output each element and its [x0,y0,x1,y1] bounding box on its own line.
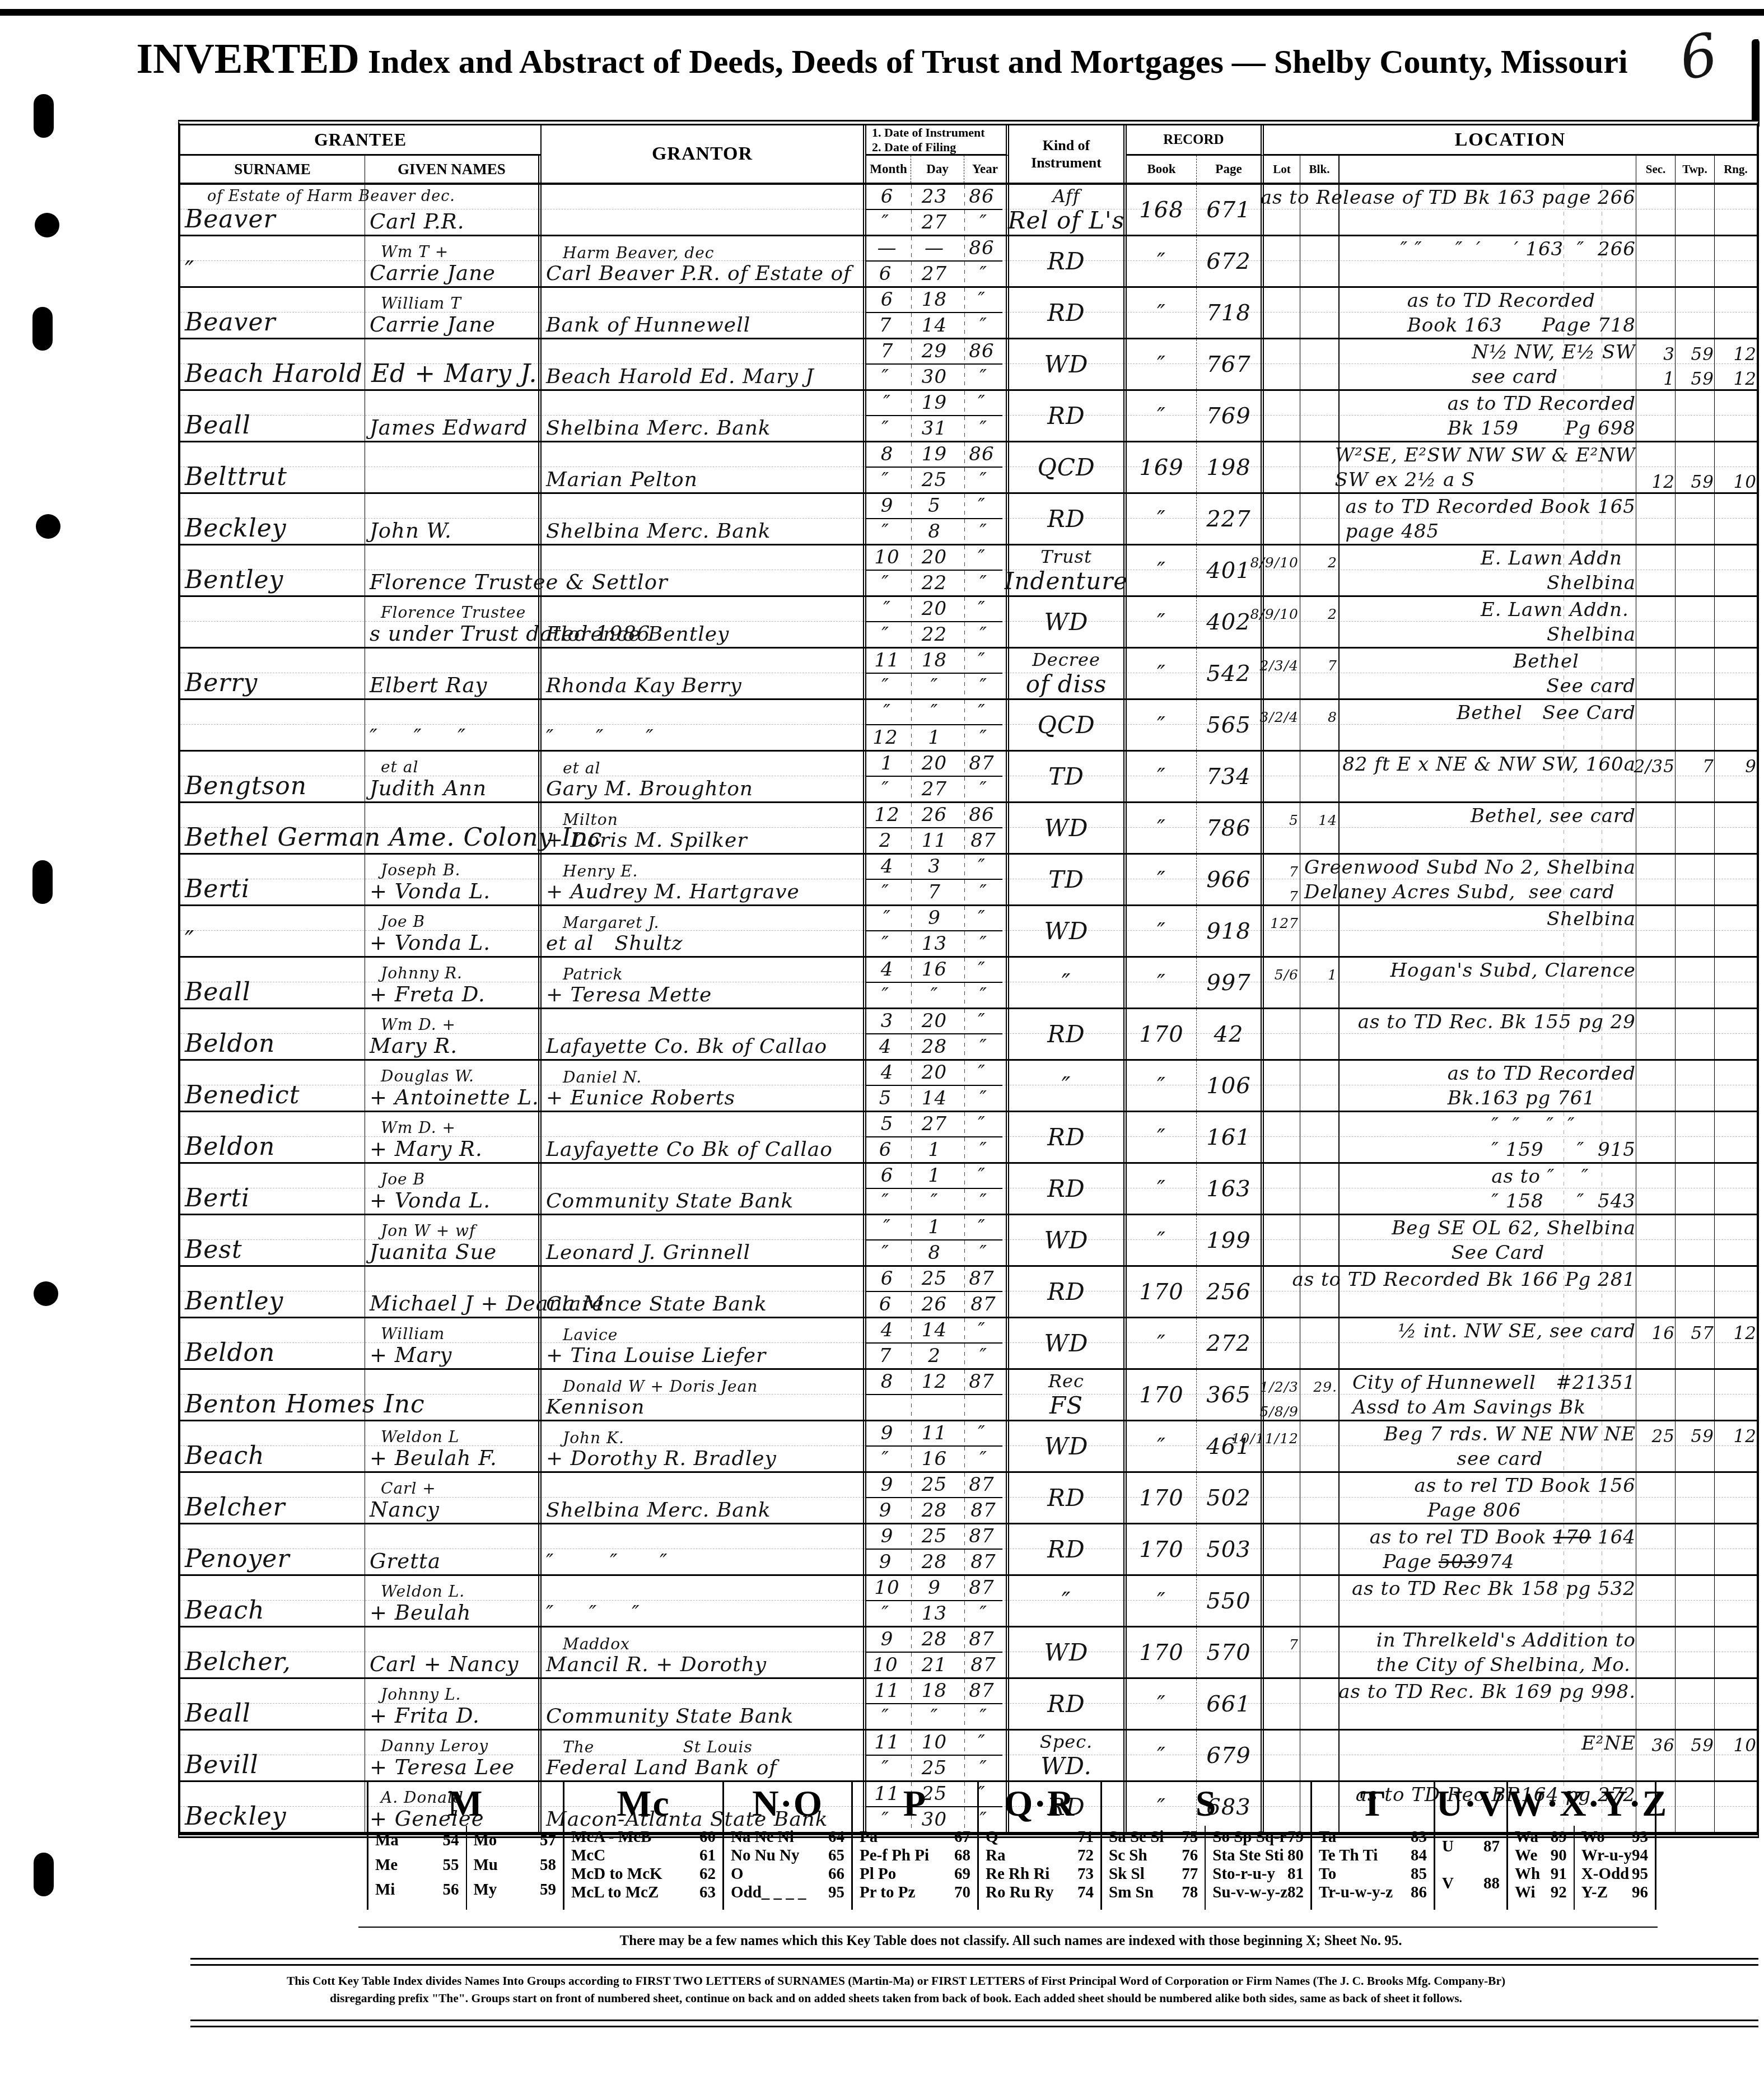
record-book: 170 [1139,1279,1183,1305]
key-item-number: 62 [699,1865,716,1883]
cell-sec [1636,1679,1676,1729]
key-item-label: Sk Sl [1109,1865,1145,1883]
record-page: 767 [1206,352,1250,377]
header-twp: Twp. [1676,156,1715,183]
key-item: To85 [1312,1865,1434,1883]
cell-grantor: John K.+ Dorothy R. Bradley [542,1421,866,1471]
cell-record-book: 170 [1127,1009,1197,1059]
cell-given-names: Jon W + wfJuanita Sue [365,1215,542,1265]
date-part: 6 [881,288,894,311]
kind-upper: Aff [1052,185,1080,207]
cell-record-page: 163 [1197,1164,1264,1214]
cell-dates: 12087″27″ [866,752,1009,801]
date-of-instrument: ″9″ [866,906,1002,931]
given-names: Mary R. [370,1034,536,1058]
key-group-column: Pa67Pe-f Ph Pi68Pl Po69Pr to Pz70 [853,1826,977,1910]
cell-record-book: ″ [1127,1215,1197,1265]
location-line-1: as to TD Rec Bk 158 pg 532 [1352,1576,1636,1601]
cell-record-page: 550 [1197,1576,1264,1626]
key-item-label: Ma [375,1831,399,1850]
key-group-column: Q71Ra72Re Rh Ri73Ro Ru Ry74 [979,1826,1100,1910]
cell-sec [1636,494,1676,544]
key-item-label: Ra [986,1846,1005,1865]
date-part: 8 [881,443,894,465]
date-part: 12 [922,1370,947,1393]
fine-print-line-1: This Cott Key Table Index divides Names … [84,1972,1708,1990]
location-line-1: Bethel [1513,649,1636,674]
grantor: + Teresa Mette [546,983,861,1006]
cell-dates: 414″72″ [866,1318,1009,1368]
given-names-upper: Wm T + [370,242,536,261]
given-names-upper: Johnny L. [370,1685,536,1704]
date-of-instrument: 43″ [866,855,1002,880]
key-item: Ta83 [1312,1828,1434,1846]
cell-surname: Beldon [180,1112,365,1162]
cell-record-page: 161 [1197,1112,1264,1162]
cell-sec-line-2: 12 [1652,472,1675,492]
key-item-number: 54 [443,1831,459,1850]
key-item: Me55 [368,1856,466,1874]
cell-dates: 6258762687 [866,1267,1009,1317]
key-group-title: Mc [564,1782,722,1826]
cell-given-names: Carl P.R. [365,185,542,235]
date-part: ″ [979,520,987,543]
kind-upper: Decree [1032,649,1100,670]
header-rng: Rng. [1715,156,1757,183]
cell-record-book: ″ [1127,1679,1197,1729]
date-part: ″ [978,855,986,878]
key-item-number: 95 [828,1883,844,1902]
date-of-filing: ″30″ [863,365,1006,390]
cell-grantor: Lafayette Co. Bk of Callao [542,1009,866,1059]
record-book: ″ [1157,1434,1166,1459]
key-item-label: Re Rh Ri [986,1865,1049,1883]
cell-rng [1715,958,1757,1008]
record-book: ″ [1157,918,1166,944]
date-part: ″ [881,984,889,1006]
record-page: 718 [1206,300,1250,326]
cell-blk [1300,1112,1340,1162]
key-item: Su-v-w-y-z82 [1206,1883,1310,1902]
cell-dates: ″19″″31″ [866,391,1009,441]
lot-line-1: 8/9/10 [1250,554,1299,571]
date-part: ″ [979,1705,987,1728]
date-part: ″ [881,1705,889,1728]
date-part: 87 [969,1473,994,1496]
date-part: ″ [931,1190,939,1212]
cell-record-page: 565 [1197,700,1264,750]
kind: WD. [1040,1752,1092,1780]
key-item: V88 [1435,1874,1506,1893]
date-of-filing: 62687 [863,1292,1006,1317]
location-text-1: E²NE [1581,1732,1636,1755]
cell-lot [1264,1164,1300,1214]
date-part: 28 [922,1628,947,1650]
cell-sec [1636,906,1676,956]
cell-lot: 2/3/4 [1264,649,1300,698]
cell-twp-line-2: 59 [1691,369,1714,389]
cell-location: as to rel TD Book 170 164 Page 503974 [1340,1524,1636,1574]
kind: RD [1047,1278,1085,1305]
cell-surname: ″ [180,906,365,956]
date-part: ″ [978,495,986,517]
key-item-label: Sm Sn [1109,1883,1154,1902]
lot-line-1: 127 [1270,915,1299,931]
key-item-label: Q [986,1828,998,1846]
cell-kind-of-instrument: TD [1009,855,1127,904]
location-line-2: See Card [1392,1240,1636,1266]
cell-rng [1715,288,1757,338]
record-page: 734 [1206,764,1250,790]
record-book: ″ [1157,1691,1166,1717]
cell-dates: 1110″″25″ [866,1731,1009,1780]
cell-sec [1636,1576,1676,1626]
lot-line-1: 3/2/4 [1259,709,1299,725]
cell-surname: Berti [180,855,365,904]
cell-blk [1300,752,1340,801]
key-group: TTa83Te Th Ti84To85Tr-u-w-y-z86 [1312,1782,1435,1910]
cell-sec [1636,185,1676,235]
key-item: We90 [1508,1846,1574,1865]
date-part: 2 [928,1345,941,1367]
cell-location: as to TD RecordedBk.163 pg 761 [1340,1061,1636,1111]
date-part: 25 [922,469,947,491]
cell-rng-line-1: 12 [1734,1323,1757,1344]
date-part: 87 [970,1499,996,1522]
cell-given-names: Florence Trustees under Trust dated 1986 [365,597,542,647]
cell-lot [1264,339,1300,389]
location-line-1: as to TD Recorded [1407,288,1636,313]
cell-lot [1264,1576,1300,1626]
record-book: 170 [1139,1022,1183,1047]
cell-record-page: 402 [1197,597,1264,647]
cell-grantor: Milton+ Doris M. Spilker [542,803,866,853]
location-text-1: as to Release of TD Bk 163 page 266 [1261,186,1636,209]
kind: FS [1049,1392,1083,1419]
date-of-filing: ″31″ [863,416,1006,441]
grantor: Mancil R. + Dorothy [546,1653,861,1676]
date-of-instrument: 320″ [866,1009,1002,1034]
location-line-1: as to TD Recorded Book 165 [1346,494,1636,519]
key-item-label: Odd_ _ _ _ [731,1883,806,1902]
date-of-instrument: 72986 [866,339,1002,365]
cell-record-page: 365 [1197,1370,1264,1420]
key-table-bottom-rule [358,1927,1658,1928]
date-of-instrument: 62386 [866,185,1002,210]
grantor: ″ ″ ″ [546,1550,861,1573]
surname: Beldon [185,1029,362,1058]
cell-lot [1264,1473,1300,1523]
location-line-1: as to TD Recorded [1448,391,1636,416]
given-names: ″ ″ ″ [370,725,536,749]
date-part: ″ [881,1190,889,1212]
location-line-1: ″ ″ ″ ″ [1491,1112,1636,1137]
cell-sec-line-1: 2/35 [1634,757,1675,777]
cell-surname: ″ [180,236,365,286]
cell-location: Beg SE OL 62, Shelbina See Card [1340,1215,1636,1265]
kind: RD [1047,1020,1085,1048]
cell-kind-of-instrument: RecFS [1009,1370,1127,1420]
record-book: ″ [1157,403,1166,429]
date-part: 9 [881,1628,894,1650]
given-names: + Vonda L. [370,1188,536,1212]
cell-sec [1636,1061,1676,1111]
table-row: BenedictDouglas W.+ Antoinette L.Daniel … [180,1061,1757,1112]
key-group: N·ONa Ne Ni64No Nu Ny65O66Odd_ _ _ _95 [724,1782,853,1910]
record-book: ″ [1157,970,1166,996]
cell-surname: Beach [180,1576,365,1626]
header-given-names: GIVEN NAMES [365,156,542,183]
location-text-2: Bk 159 Pg 698 [1448,417,1636,440]
given-names: Juanita Sue [370,1240,536,1264]
date-part: 6 [881,1164,894,1187]
location-line-1: as to ″ ″ [1491,1164,1636,1189]
cell-rng [1715,906,1757,956]
blk-line-1: 1 [1328,967,1337,983]
cell-location: as to TD Rec Bk 158 pg 532 [1340,1576,1636,1626]
cell-record-book: ″ [1127,339,1197,389]
key-item-number: 79 [1287,1828,1304,1846]
date-part: 20 [922,1061,947,1084]
cell-twp [1676,1061,1715,1111]
date-part: 16 [922,958,947,981]
cell-grantor: The St LouisFederal Land Bank of [542,1731,866,1780]
grantor-upper: Lavice [546,1326,861,1344]
date-part: 1 [928,726,941,749]
surname: Beach [185,1442,362,1470]
grantor: ″ ″ ″ [546,726,861,749]
grantor-upper: Donald W + Doris Jean [546,1377,861,1396]
grantor: + Eunice Roberts [546,1086,861,1109]
cell-record-book: 170 [1127,1473,1197,1523]
date-part: 6 [879,1293,892,1316]
given-names: Carrie Jane [370,313,536,337]
cell-surname: Beall [180,1679,365,1729]
date-of-instrument: 92587 [866,1524,1002,1550]
key-group-columns: Ta83Te Th Ti84To85Tr-u-w-y-z86 [1312,1826,1434,1910]
deeds-index-table: GRANTEE SURNAME GIVEN NAMES GRANTOR 1. D… [178,120,1759,1838]
cell-surname: Bengtson [180,752,365,801]
cell-grantor [542,545,866,595]
location-text-1: as to TD Recorded [1448,393,1636,415]
cell-twp [1676,803,1715,853]
cell-sec: 16 [1636,1318,1676,1368]
date-of-filing: ″16″ [863,1447,1006,1472]
given-names: Elbert Ray [370,673,536,697]
cell-record-book: ″ [1127,288,1197,338]
cell-kind-of-instrument: WD [1009,597,1127,647]
cell-record-page: 918 [1197,906,1264,956]
date-part: 6 [881,1267,894,1290]
key-group-column: Na Ne Ni64No Nu Ny65O66Odd_ _ _ _95 [724,1826,851,1910]
key-item-label: Sc Sh [1109,1846,1147,1865]
lot-line-1: 1/2/3 [1259,1379,1299,1395]
cell-location: as to TD RecordedBk 159 Pg 698 [1340,391,1636,441]
cell-blk: 14 [1300,803,1340,853]
date-part: 25 [922,1757,947,1779]
location-line-1: as to rel TD Book 156 [1415,1473,1636,1498]
grantor: Beach Harold Ed. Mary J [546,365,861,388]
given-names: + Beulah F. [370,1446,536,1470]
date-part: 23 [922,185,947,208]
record-page: 997 [1206,970,1250,996]
date-part: ″ [979,1757,987,1779]
date-part: 4 [881,1061,894,1084]
cell-surname: Beall [180,391,365,441]
grantor: et al Shultz [546,932,861,955]
location-line-2: Assd to Am Savings Bk [1352,1395,1636,1420]
cell-kind-of-instrument: QCD [1009,442,1127,492]
date-of-filing: ″25″ [863,1756,1006,1781]
cell-kind-of-instrument: WD [1009,1318,1127,1368]
cell-blk: 2 [1300,597,1340,647]
date-part: 9 [881,1525,894,1547]
date-of-filing: ″13″ [863,1601,1006,1626]
cell-kind-of-instrument: RD [1009,1473,1127,1523]
date-part: 87 [969,752,994,775]
key-group-column: U87V88 [1435,1826,1506,1910]
date-of-instrument: 81986 [866,442,1002,468]
cell-twp [1676,597,1715,647]
cell-record-book: ″ [1127,1318,1197,1368]
table-row: Belcher,Carl + NancyMaddoxMancil R. + Do… [180,1627,1757,1679]
given-names: + Antoinette L. [370,1085,536,1109]
key-item-label: So Sp Sq-r [1212,1828,1286,1846]
lot-line-2: 7 [1289,888,1299,904]
location-line-2 [1352,1601,1636,1626]
key-item-number: 94 [1632,1846,1648,1865]
surname: Berry [185,669,362,697]
cell-dates: 92887102187 [866,1627,1009,1677]
cell-lot [1264,494,1300,544]
cell-dates: 618″714″ [866,288,1009,338]
cell-record-book: ″ [1127,649,1197,698]
grantor-upper: Harm Beaver, dec [546,244,861,262]
cell-sec [1636,1164,1676,1214]
key-item: Y-Z96 [1575,1883,1655,1902]
table-row: BertiJoe B+ Vonda L.Community State Bank… [180,1164,1757,1215]
key-item-label: Sto-r-u-y [1212,1865,1275,1883]
given-names-upper: Jon W + wf [370,1221,536,1240]
record-book: ″ [1157,352,1166,377]
surname: Beach Harold Ed + Mary J. [185,360,362,388]
cell-sec [1636,803,1676,853]
location-line-2 [1358,1034,1636,1060]
cell-kind-of-instrument: RD [1009,1679,1127,1729]
key-item: McC61 [564,1846,722,1865]
cell-given-names: Carl + Nancy [365,1627,542,1677]
record-book: ″ [1157,1073,1166,1099]
key-group: SSa Se Si75Sc Sh76Sk Sl77Sm Sn78So Sp Sq… [1102,1782,1312,1910]
cell-twp: 59 [1676,1421,1715,1471]
cell-location: as to ″ ″″ 158 ″ 543 [1340,1164,1636,1214]
blk-line-1: 2 [1328,554,1337,571]
cell-given-names: William TCarrie Jane [365,288,542,338]
cell-record-book: ″ [1127,1164,1197,1214]
date-part: 28 [922,1551,947,1573]
cell-location: as to rel TD Book 156 Page 806 [1340,1473,1636,1523]
date-part: 22 [922,623,947,646]
key-item-label: Mu [474,1856,498,1874]
location-text-1: Shelbina [1547,908,1636,930]
cell-location: as to Release of TD Bk 163 page 266 [1340,185,1636,235]
date-part: 11 [922,1422,947,1444]
kind: WD [1044,1433,1089,1460]
key-item: Ro Ru Ry74 [979,1883,1100,1902]
location-text-1: W²SE, E²SW NW SW & E²NW [1334,444,1636,467]
table-row: BeallJohnny R.+ Freta D.Patrick+ Teresa … [180,958,1757,1009]
cell-sec [1636,1473,1676,1523]
key-item: Tr-u-w-y-z86 [1312,1883,1434,1902]
cell-twp [1676,1473,1715,1523]
date-part: 7 [881,340,894,362]
given-names-upper: Joseph B. [370,861,536,879]
fine-print: This Cott Key Table Index divides Names … [84,1972,1708,2007]
cell-surname: Bentley [180,1267,365,1317]
date-part: ″ [979,726,987,749]
cell-record-page: 734 [1197,752,1264,801]
grantor-upper: Maddox [546,1635,861,1653]
cell-sec-line-2: 1 [1663,369,1675,389]
date-part: ″ [881,675,889,697]
cell-location: ½ int. NW SE, see card [1340,1318,1636,1368]
cell-rng [1715,803,1757,853]
kind: RD [1047,1175,1085,1202]
key-item-number: 71 [1077,1828,1094,1846]
cell-location: Greenwood Subd No 2, ShelbinaDelaney Acr… [1340,855,1636,904]
given-names: + Mary R. [370,1137,536,1161]
kind: WD [1044,1226,1089,1254]
cell-surname: Belttrut [180,442,365,492]
cell-blk: 7 [1300,649,1340,698]
cell-grantor: Rhonda Kay Berry [542,649,866,698]
cell-surname: Beach Harold Ed + Mary J. [180,339,365,389]
cell-grantor: Florence Bentley [542,597,866,647]
date-part: 5 [879,1087,892,1109]
date-part: 7 [879,314,892,337]
cell-blk [1300,1421,1340,1471]
table-row: BelttrutMarian Pelton81986″25″QCD169198W… [180,442,1757,494]
header-lot: Lot [1264,156,1300,183]
surname: Beall [185,978,362,1006]
cell-record-page: 767 [1197,339,1264,389]
lot-line-1: 2/3/4 [1259,657,1299,674]
date-part: 1 [928,1164,941,1187]
cell-location: E. Lawn Addn Shelbina [1340,545,1636,595]
cell-rng [1715,1112,1757,1162]
location-line-1: N½ NW, E½ SW [1472,339,1636,365]
cell-rng [1715,597,1757,647]
location-line-1: as to TD Rec. Bk 169 pg 998. [1338,1679,1636,1704]
cell-given-names: Carl +Nancy [365,1473,542,1523]
date-of-filing: ″″″ [863,1704,1006,1729]
record-page: 42 [1214,1022,1244,1047]
date-part: ″ [931,675,939,697]
date-part: 3 [928,855,941,878]
record-page: 671 [1206,197,1250,223]
cell-record-book: ″ [1127,700,1197,750]
key-item-number: 92 [1551,1883,1567,1902]
key-group-title: S [1102,1782,1310,1826]
key-group-column: So Sp Sq-r79Sta Ste Sti80Sto-r-u-y81Su-v… [1205,1826,1310,1910]
surname: Beldon [185,1132,362,1161]
cell-grantor: Leonard J. Grinnell [542,1215,866,1265]
table-row: Florence Trustees under Trust dated 1986… [180,597,1757,649]
binder-hole [34,94,54,138]
cell-surname: Belcher [180,1473,365,1523]
cell-blk [1300,391,1340,441]
key-item-label: U [1442,1838,1454,1856]
